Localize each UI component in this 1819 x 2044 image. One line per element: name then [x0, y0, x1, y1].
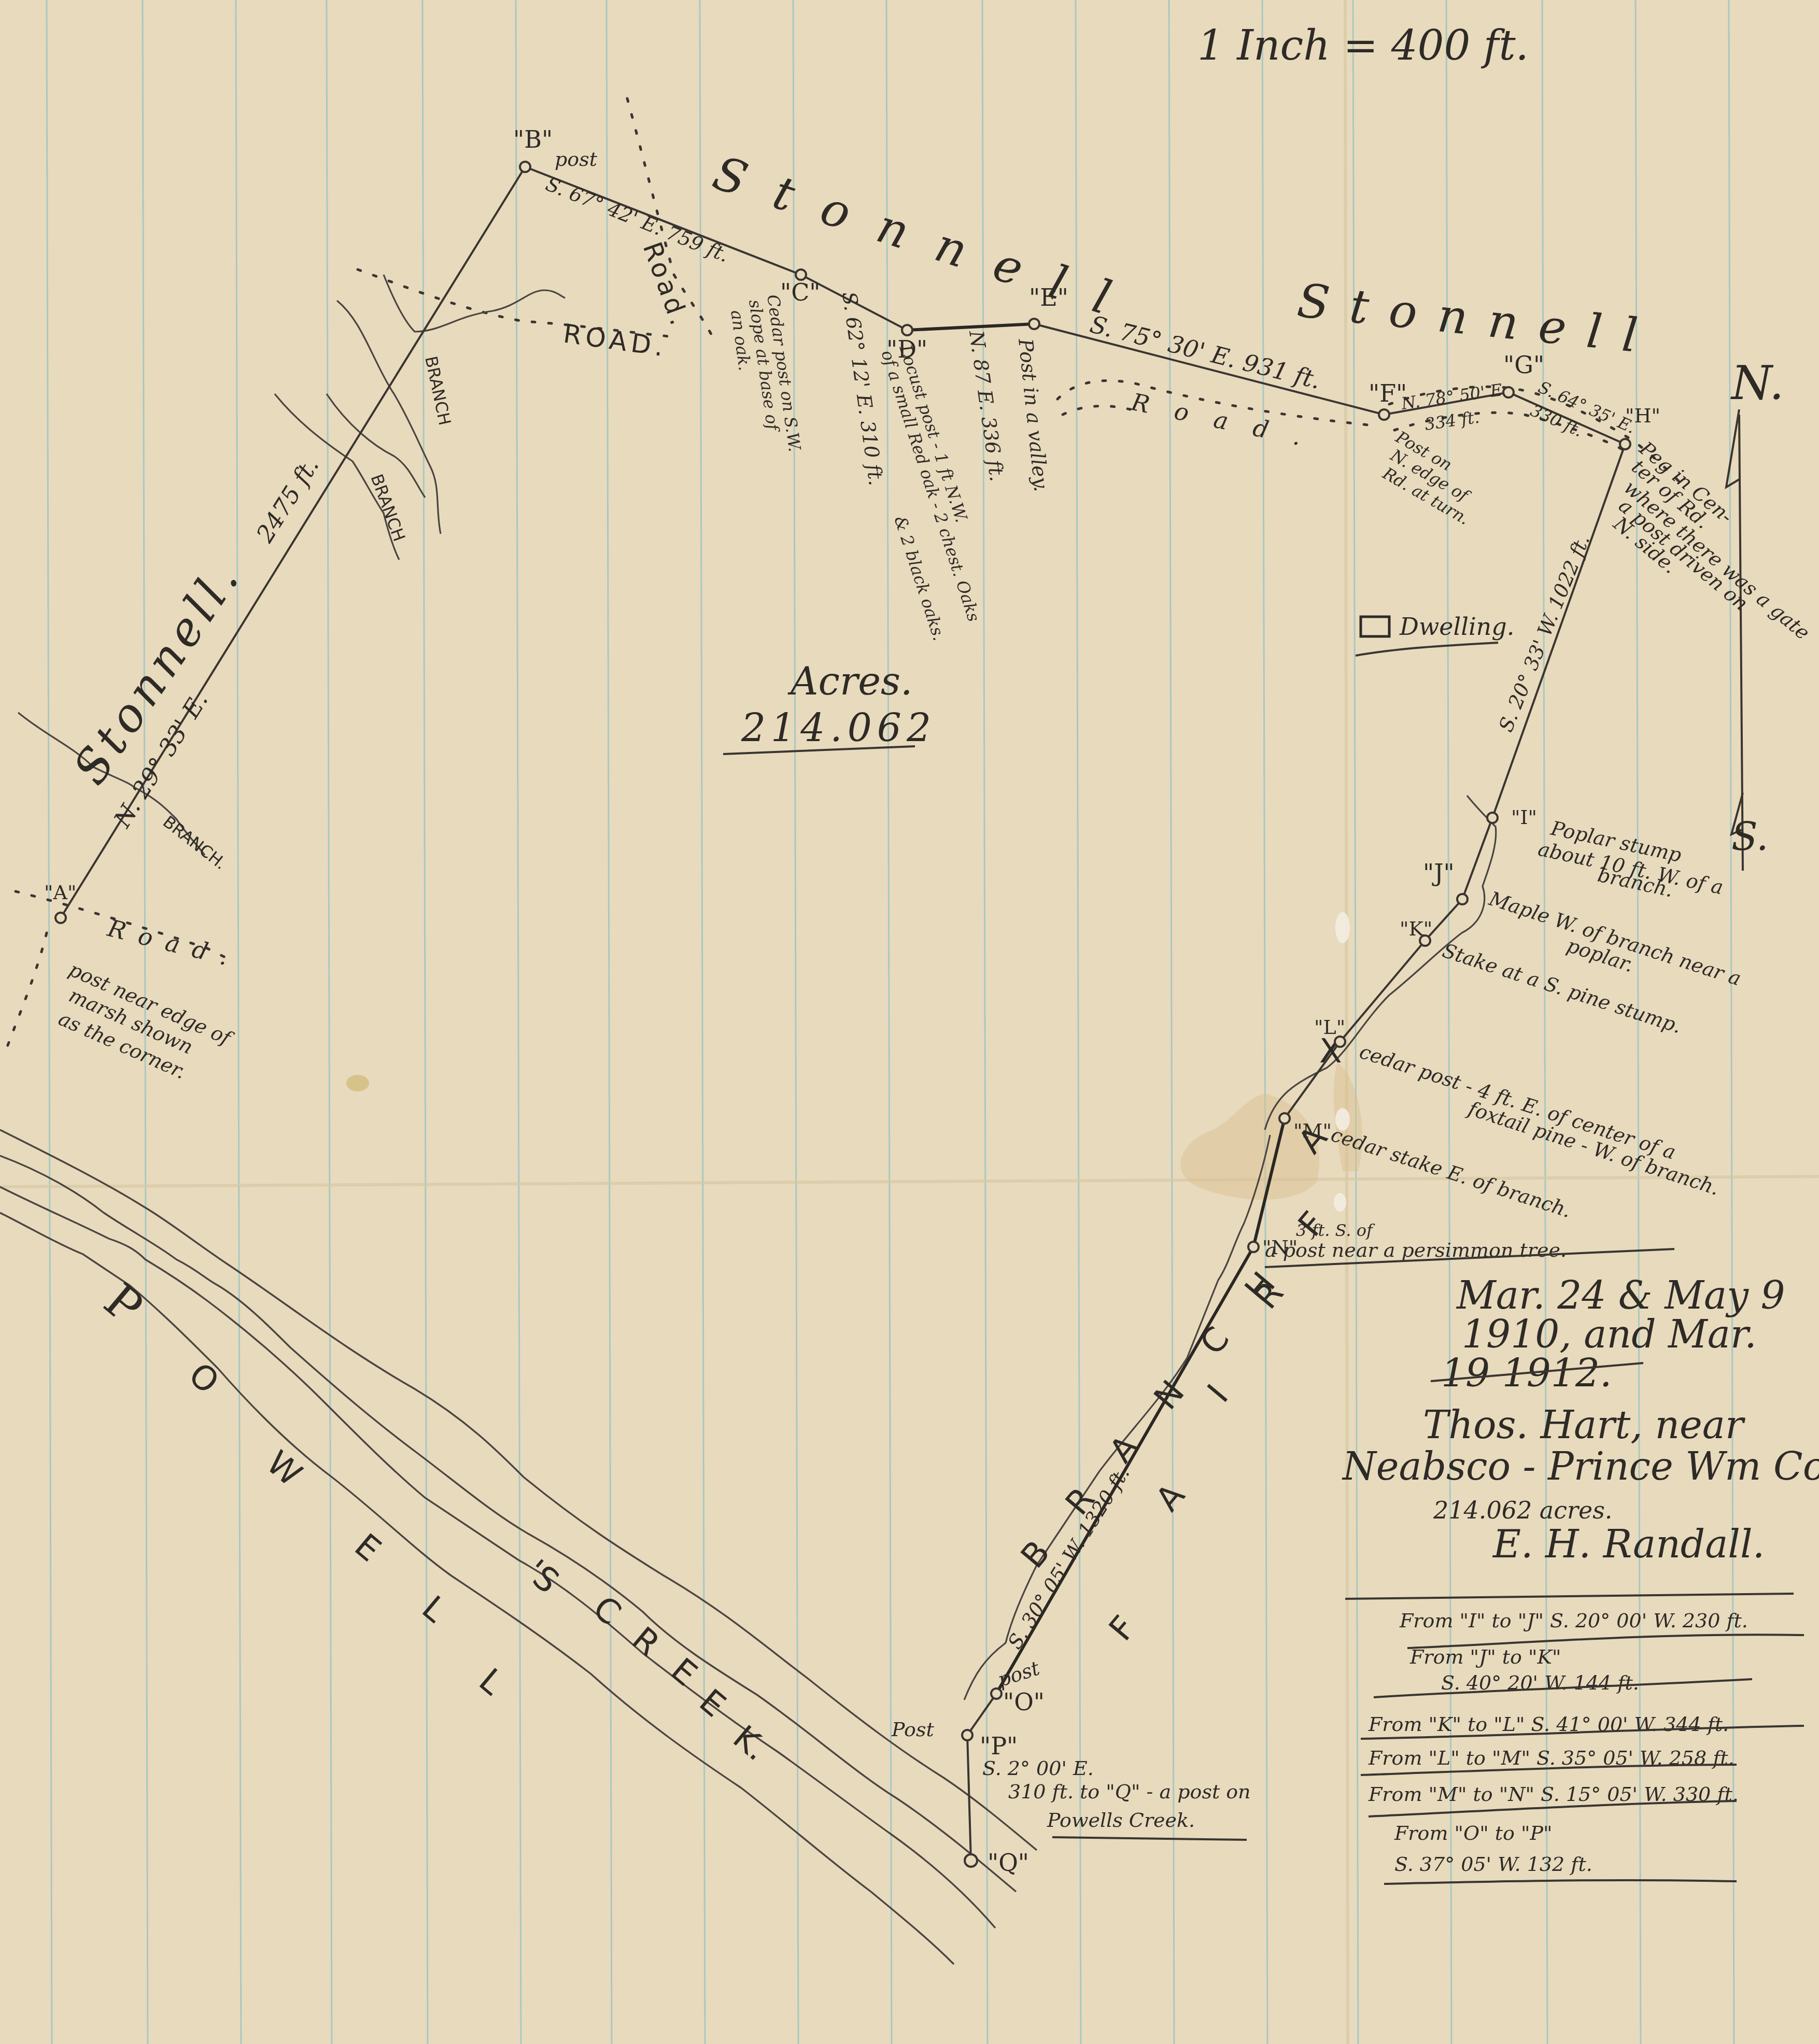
corner-k-label: "K"	[1400, 917, 1432, 940]
svg-text:'S: 'S	[518, 1553, 566, 1601]
boundary-lines	[61, 167, 1625, 1861]
corner-g-marker[interactable]	[1503, 387, 1514, 398]
svg-text:L: L	[472, 1662, 511, 1703]
acres-total: 214.062 acres.	[1433, 1496, 1612, 1524]
owner-line-2: Neabsco - Prince Wm Co.	[1342, 1444, 1819, 1489]
corner-h-marker[interactable]	[1620, 439, 1630, 449]
svg-text:I: I	[1201, 1378, 1236, 1410]
course-p-q-1: S. 2° 00' E.	[982, 1757, 1094, 1780]
corner-p-marker[interactable]	[962, 1730, 972, 1740]
svg-text:E: E	[692, 1682, 733, 1725]
acres-label: Acres.	[787, 659, 913, 704]
course-d-e: N. 87 E. 336 ft.	[965, 329, 1009, 483]
corner-e-label: "E"	[1029, 283, 1068, 311]
corner-q-label: "Q"	[988, 1849, 1029, 1877]
course-f-g-dist: 334 ft.	[1423, 407, 1480, 434]
course-row-o-p-2: S. 37° 05' W. 132 ft.	[1394, 1853, 1592, 1876]
note-e: Post in a valley.	[1014, 337, 1053, 493]
course-row-j-k-2: S. 40° 20' W. 144 ft.	[1441, 1671, 1639, 1694]
note-o: post	[995, 1656, 1042, 1691]
corner-p-label: "P"	[980, 1732, 1018, 1760]
svg-text:O: O	[181, 1356, 226, 1402]
adjoiner-stonnell-northeast: Stonnell	[1295, 273, 1661, 365]
corner-b-label: "B"	[513, 125, 553, 153]
corner-i-marker[interactable]	[1487, 813, 1498, 823]
course-row-o-p: From "O" to "P"	[1394, 1822, 1552, 1844]
dwelling: Dwelling.	[1356, 613, 1514, 656]
corner-a-marker[interactable]	[55, 913, 66, 923]
course-row-i-j: From "I" to "J" S. 20° 00' W. 230 ft.	[1399, 1609, 1748, 1632]
road-label-vertical: Road.	[637, 238, 696, 332]
course-b-c: S. 67° 42' E. 759 ft.	[543, 173, 732, 267]
corner-m-marker[interactable]	[1279, 1113, 1290, 1124]
surveyor-signature: E. H. Randall.	[1492, 1522, 1765, 1567]
note-n: a post near a persimmon tree.	[1265, 1239, 1567, 1261]
svg-text:P: P	[94, 1273, 153, 1335]
svg-text:E: E	[347, 1527, 388, 1570]
supplementary-courses: From "I" to "J" S. 20° 00' W. 230 ft. Fr…	[1361, 1609, 1804, 1884]
svg-text:A: A	[1149, 1477, 1193, 1518]
svg-text:R: R	[625, 1620, 667, 1664]
title-block: Mar. 24 & May 9 1910, and Mar. 19 1912. …	[1342, 1273, 1819, 1599]
owner-line-1: Thos. Hart, near	[1423, 1403, 1746, 1447]
corner-f-marker[interactable]	[1379, 409, 1389, 420]
scale-label: 1 Inch = 400 ft.	[1197, 21, 1529, 69]
road-label: ROAD.	[561, 318, 669, 363]
course-row-k-l: From "K" to "L" S. 41° 00' W. 344 ft.	[1368, 1713, 1729, 1736]
corner-j-label: "J"	[1423, 859, 1455, 887]
branch-label-2: BRANCH	[366, 472, 409, 544]
corner-m-label: "M"	[1293, 1119, 1332, 1142]
corner-n-marker[interactable]	[1248, 1242, 1259, 1252]
corner-o-label: "O"	[1003, 1688, 1045, 1716]
corner-j-marker[interactable]	[1457, 894, 1468, 904]
note-b: post	[555, 148, 598, 171]
corner-o-marker[interactable]	[991, 1688, 1002, 1699]
svg-text:BRANCH: BRANCH	[1014, 1229, 1314, 1575]
branch-label-3: BRANCH.	[159, 812, 230, 873]
svg-text:W: W	[259, 1444, 309, 1494]
svg-text:K.: K.	[726, 1719, 775, 1769]
corner-g-label: "G"	[1503, 351, 1544, 379]
note-n-pre: 3 ft. S. of	[1296, 1220, 1375, 1240]
corner-d-label: "D"	[886, 335, 927, 363]
dwelling-icon	[1361, 617, 1389, 636]
corner-n-label: "N"	[1262, 1236, 1298, 1259]
svg-text:L: L	[415, 1589, 454, 1630]
course-labels: N. 29° 33' E. 2475 ft. S. 67° 42' E. 759…	[108, 173, 1639, 1840]
course-row-j-k: From "J" to "K"	[1409, 1645, 1561, 1668]
corner-q-marker[interactable]	[965, 1854, 977, 1867]
survey-date-1: Mar. 24 & May 9	[1456, 1273, 1785, 1318]
acreage-center: Acres. 214.062	[723, 659, 936, 754]
branch-label: BRANCH	[421, 354, 455, 427]
corner-b-marker[interactable]	[520, 162, 530, 172]
north-label: N.	[1730, 356, 1784, 410]
corner-c-label: "C"	[780, 278, 821, 306]
corner-l-label: "L"	[1314, 1016, 1345, 1039]
course-c-d: S. 62° 12' E. 310 ft.	[838, 290, 887, 487]
course-p-q-2: 310 ft. to "Q" - a post on	[1008, 1780, 1251, 1803]
south-label: S.	[1731, 815, 1769, 859]
corner-e-marker[interactable]	[1029, 319, 1039, 329]
branch-label-lower: BRANCH	[1014, 1229, 1314, 1575]
survey-map: N. S. 1 Inch = 400 ft. Stonnell Stonnell…	[0, 0, 1819, 2044]
road-label-curve: Road.	[1129, 388, 1330, 457]
course-p-q-3: Powells Creek.	[1047, 1809, 1195, 1832]
road-label-a: Road.	[104, 914, 244, 974]
note-p: Post	[891, 1718, 934, 1741]
corner-a-label: "A"	[44, 881, 76, 904]
corner-d-marker[interactable]	[902, 325, 912, 335]
survey-sheet: N. S. 1 Inch = 400 ft. Stonnell Stonnell…	[0, 0, 1819, 2044]
corner-h-label: "H"	[1625, 404, 1660, 427]
corner-i-label: "I"	[1511, 806, 1537, 829]
course-a-b-dist: 2475 ft.	[250, 452, 325, 548]
svg-text:F: F	[1102, 1609, 1144, 1649]
course-f-g: N. 78° 50' E.	[1400, 379, 1509, 414]
corner-f-label: "F"	[1369, 379, 1407, 407]
acres-value: 214.062	[741, 706, 936, 750]
survey-date-2: 1910, and Mar.	[1462, 1312, 1757, 1357]
dwelling-label: Dwelling.	[1399, 613, 1514, 641]
